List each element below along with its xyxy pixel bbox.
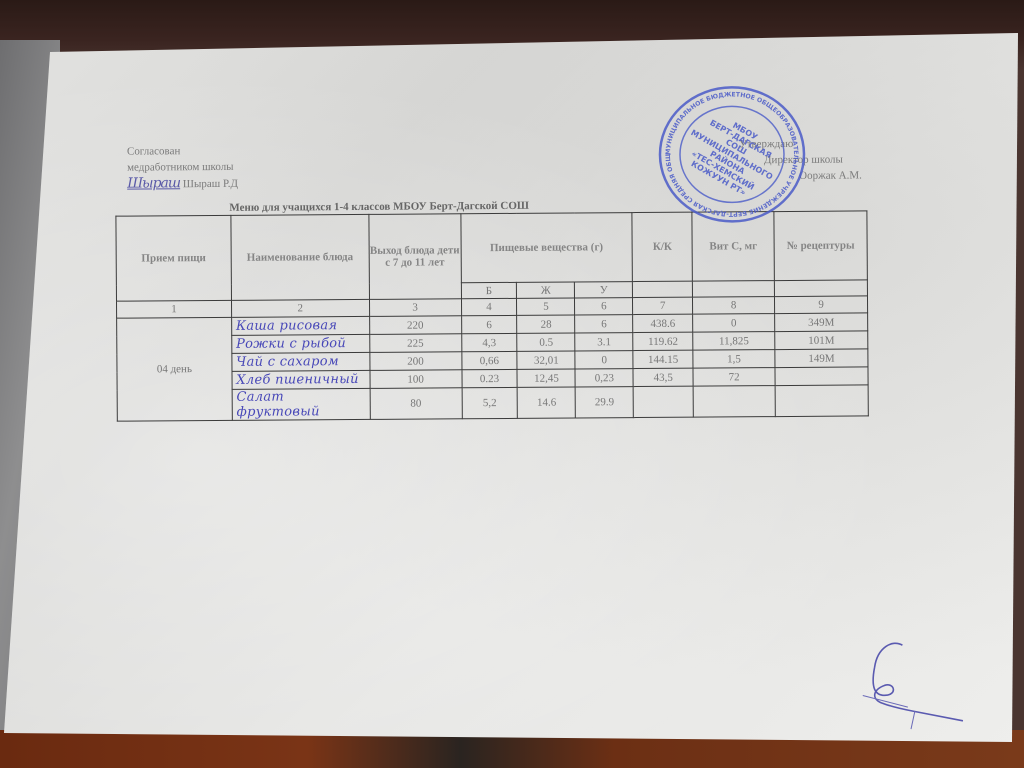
kcal: 43,5 (633, 368, 693, 386)
carbs: 0,23 (575, 369, 633, 387)
recipe-number: 149М (775, 349, 868, 368)
day-label: 04 день (117, 317, 233, 421)
approval-block: Согласован медработником школы Шыраш Шыр… (127, 143, 238, 193)
portion: 80 (370, 388, 462, 420)
vitamin-c: 0 (693, 314, 775, 333)
approval-label: Согласован (127, 143, 238, 160)
recipe-number (775, 385, 868, 417)
column-number: 6 (575, 298, 633, 315)
recipe-number: 101М (775, 331, 868, 350)
carbs: 0 (575, 351, 633, 369)
header-dish: Наименование блюда (231, 214, 369, 300)
approved-label: Утверждаю (739, 135, 862, 152)
header-nutrients: Пищевые вещества (г) (460, 213, 632, 283)
protein: 6 (461, 315, 517, 333)
carbs: 6 (575, 315, 633, 333)
protein: 0.23 (462, 369, 518, 387)
subheader-carbs: У (575, 282, 633, 298)
director-signature-icon (852, 637, 993, 738)
portion: 200 (370, 352, 462, 371)
dish-name: Хлеб пшеничный (232, 370, 370, 389)
approved-name: Ооржак А.М. (739, 167, 862, 184)
vitamin-c: 11,825 (693, 332, 775, 351)
kcal: 438.6 (633, 314, 693, 332)
fat: 12,45 (517, 369, 575, 387)
carbs: 29.9 (575, 387, 633, 418)
header-recipe: № рецептуры (774, 211, 867, 281)
portion: 100 (370, 370, 462, 389)
fat: 14.6 (518, 387, 576, 418)
subheader-protein: Б (461, 282, 517, 298)
portion: 225 (369, 334, 461, 353)
column-number: 8 (693, 297, 775, 315)
column-number: 3 (369, 299, 461, 317)
carbs: 3.1 (575, 333, 633, 351)
subheader-empty (774, 280, 867, 297)
recipe-number: 349М (775, 313, 868, 332)
protein: 5,2 (462, 387, 518, 418)
protein: 4,3 (461, 333, 517, 351)
document-content: Согласован медработником школы Шыраш Шыр… (0, 0, 1024, 768)
kcal (633, 386, 693, 417)
vitamin-c: 1,5 (693, 350, 775, 369)
dish-name: Чай с сахаром (232, 352, 370, 371)
column-number: 5 (517, 298, 575, 315)
dish-name: Салат фруктовый (232, 388, 370, 420)
vitamin-c: 72 (693, 368, 775, 387)
vitamin-c (693, 386, 775, 418)
recipe-number (775, 367, 868, 386)
document-title: Меню для учащихся 1-4 классов МБОУ Берт-… (229, 200, 529, 214)
table-header-row: Прием пищи Наименование блюда Выход блюд… (116, 211, 867, 285)
subheader-empty (693, 281, 775, 298)
header-vitc: Вит С, мг (692, 212, 774, 282)
approval-role: медработником школы (127, 159, 238, 176)
column-number: 4 (461, 298, 517, 315)
column-number: 9 (775, 296, 868, 314)
approval-handwritten-signature: Шыраш (127, 175, 180, 191)
dish-name: Рожки с рыбой (232, 334, 370, 353)
approval-signature-line: Шыраш Шыраш Р.Д (127, 175, 238, 193)
portion: 220 (369, 316, 461, 335)
fat: 28 (517, 315, 575, 333)
header-kcal: К/К (632, 212, 692, 281)
fat: 0.5 (517, 333, 575, 351)
protein: 0,66 (461, 351, 517, 369)
approved-block: Утверждаю Директор школы Ооржак А.М. (739, 135, 862, 184)
fat: 32,01 (517, 351, 575, 369)
approved-role: Директор школы (739, 151, 862, 168)
subheader-fat: Ж (517, 282, 575, 298)
header-portion: Выход блюда дети с 7 до 11 лет (369, 214, 461, 300)
column-number: 1 (116, 300, 231, 318)
column-number: 7 (633, 297, 693, 314)
dish-name: Каша рисовая (231, 316, 369, 335)
menu-table: Прием пищи Наименование блюда Выход блюд… (115, 210, 868, 421)
subheader-empty (633, 281, 693, 297)
column-number: 2 (231, 299, 369, 317)
header-meal: Прием пищи (116, 215, 231, 301)
kcal: 119.62 (633, 332, 693, 350)
kcal: 144.15 (633, 350, 693, 368)
approval-name: Шыраш Р.Д (183, 178, 238, 190)
